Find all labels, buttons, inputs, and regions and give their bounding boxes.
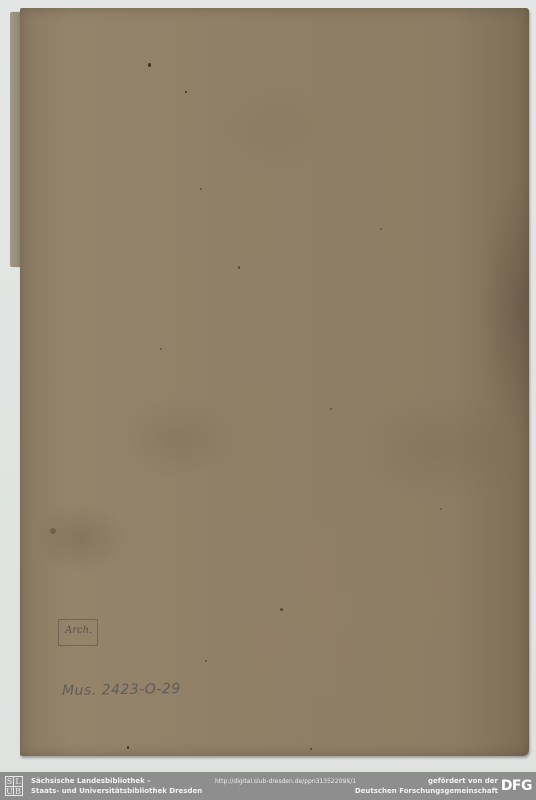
paper-speck — [50, 528, 56, 534]
library-footer: S L U B Sächsische Landesbibliothek – St… — [0, 772, 536, 800]
slub-logo-icon: S L U B — [5, 776, 23, 796]
scan-area: Arch. Mus. 2423-O-29 — [0, 0, 536, 772]
paper-speck — [380, 228, 382, 230]
paper-speck — [330, 408, 332, 410]
paper-speck — [200, 188, 202, 190]
institution-line-2: Staats- und Universitätsbibliothek Dresd… — [31, 786, 202, 796]
paper-speck — [205, 660, 207, 662]
paper-speck — [238, 266, 240, 269]
institution-line-1: Sächsische Landesbibliothek – — [31, 776, 202, 786]
shelfmark-annotation: Mus. 2423-O-29 — [62, 681, 181, 699]
logo-letter: B — [14, 787, 22, 796]
logo-letter: S — [6, 777, 14, 787]
archive-note-text: Arch. — [65, 625, 92, 636]
logo-letter: L — [14, 777, 22, 787]
paper-speck — [310, 748, 312, 750]
paper-speck — [148, 63, 151, 67]
paper-speck — [127, 746, 129, 749]
paper-speck — [160, 348, 162, 350]
archive-note-box: Arch. — [58, 619, 98, 646]
institution-name: Sächsische Landesbibliothek – Staats- un… — [31, 776, 202, 796]
paper-speck — [280, 608, 283, 611]
paper-speck — [185, 91, 187, 93]
funding-line-2: Deutschen Forschungsgemeinschaft — [355, 786, 498, 796]
permalink-url[interactable]: http://digital.slub-dresden.de/ppn313522… — [215, 778, 356, 785]
dfg-logo-icon: DFG — [501, 778, 532, 794]
funding-note: gefördert von der Deutschen Forschungsge… — [355, 776, 498, 796]
logo-letter: U — [6, 787, 14, 796]
funding-line-1: gefördert von der — [355, 776, 498, 786]
paper-speck — [440, 508, 442, 510]
